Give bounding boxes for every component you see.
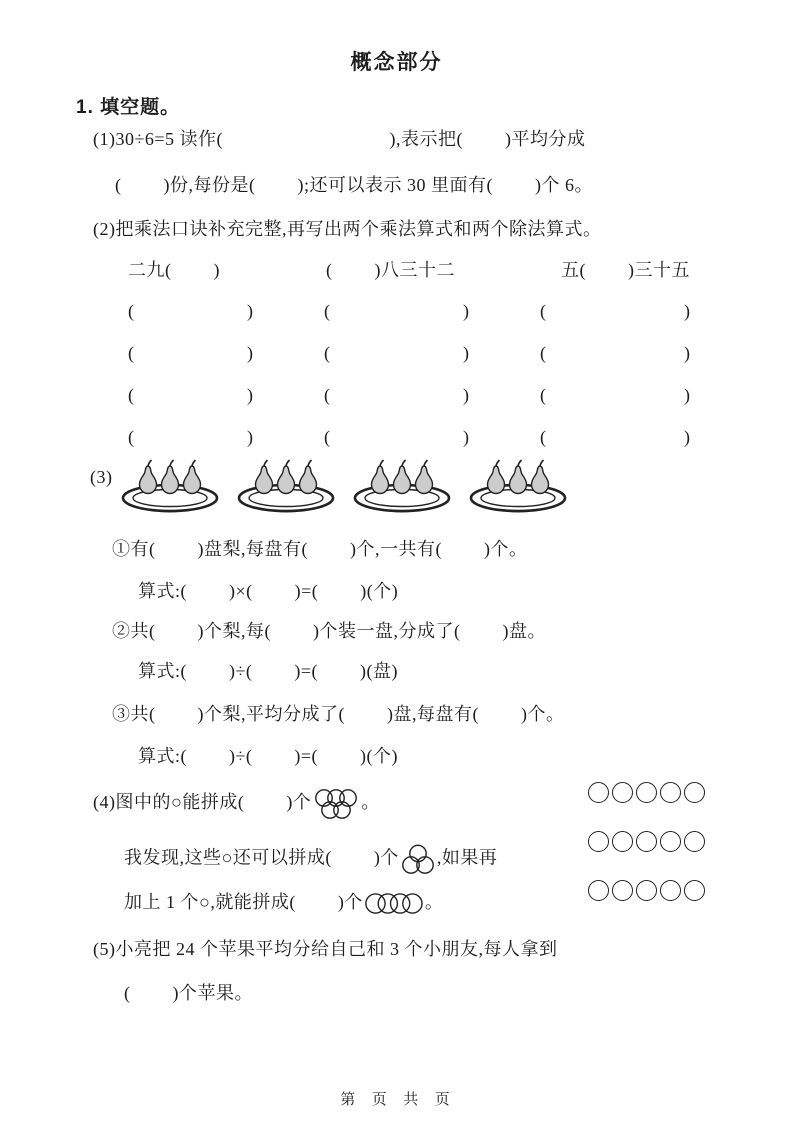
question1-heading: 1. 填空题。 xyxy=(76,92,180,119)
q1-part3-item2: ②共( )个梨,每( )个装一盘,分成了( )盘。 xyxy=(112,620,546,642)
hint-two-nine: 二九( ) xyxy=(128,259,220,281)
pear-icon xyxy=(416,460,433,494)
pear-icon xyxy=(184,460,201,494)
paren-row: ()()() xyxy=(128,343,690,361)
q1-part4-line1-text: (4)图中的○能拼成( )个 xyxy=(93,792,311,812)
circle-row xyxy=(588,880,705,901)
pear-plates-row xyxy=(118,455,570,517)
circle-icon xyxy=(660,782,681,803)
circle-icon xyxy=(684,782,705,803)
q1-part4-line1: (4)图中的○能拼成( )个。 xyxy=(93,788,380,820)
q1-part1-line2: ( )份,每份是( );还可以表示 30 里面有( )个 6。 xyxy=(115,174,593,196)
circle-icon xyxy=(660,880,681,901)
blank-parens: () xyxy=(324,427,469,445)
q1-part4-line1-end: 。 xyxy=(361,792,380,812)
blank-parens: () xyxy=(324,301,469,319)
circle-icon xyxy=(636,831,657,852)
blank-parens: () xyxy=(128,343,253,361)
pear-icon xyxy=(300,460,317,494)
pear-icon xyxy=(140,460,157,494)
q1-part5-line1: (5)小亮把 24 个苹果平均分给自己和 3 个小朋友,每人拿到 xyxy=(93,938,558,960)
pear-icon xyxy=(532,460,549,494)
three-rings-icon xyxy=(400,844,436,875)
circle-icon xyxy=(612,782,633,803)
blank-parens: () xyxy=(540,343,690,361)
paren-row: ()()() xyxy=(128,301,690,319)
worksheet-page: 概念部分 1. 填空题。 (1)30÷6=5 读作( ),表示把( )平均分成 … xyxy=(0,0,793,1122)
circle-icon xyxy=(684,831,705,852)
pear-plate xyxy=(350,455,454,517)
circle-icon xyxy=(636,880,657,901)
circle-grid xyxy=(588,782,705,929)
circle-icon xyxy=(660,831,681,852)
paren-grid: ()()()()()()()()()()()() xyxy=(128,301,690,469)
pear-icon xyxy=(488,460,505,494)
q1-part4-line3: 加上 1 个○,就能拼成( )个。 xyxy=(124,891,443,915)
q1-part4-line2-end: ,如果再 xyxy=(437,848,498,868)
q1-part4-line2: 我发现,这些○还可以拼成( )个,如果再 xyxy=(124,844,497,875)
circle-row xyxy=(588,831,705,852)
page-title: 概念部分 xyxy=(0,46,793,76)
q1-part3-item3: ③共( )个梨,平均分成了( )盘,每盘有( )个。 xyxy=(112,703,564,725)
q1-part3-expr1: 算式:( )×( )=( )(个) xyxy=(138,580,398,602)
hint-five-seven: 五( )三十五 xyxy=(561,259,690,281)
blank-parens: () xyxy=(540,385,690,403)
q1-part5-line2: ( )个苹果。 xyxy=(124,982,253,1004)
q1-part1-line1: (1)30÷6=5 读作( ),表示把( )平均分成 xyxy=(93,128,586,150)
blank-parens: () xyxy=(540,301,690,319)
pear-icon xyxy=(256,460,273,494)
circle-row xyxy=(588,782,705,803)
pear-plate xyxy=(466,455,570,517)
blank-parens: () xyxy=(324,385,469,403)
page-footer: 第 页 共 页 xyxy=(0,1088,793,1109)
pear-icon xyxy=(510,460,527,494)
hint-eight-three: ( )八三十二 xyxy=(326,259,455,281)
pear-plate xyxy=(234,455,338,517)
pear-icon xyxy=(278,460,295,494)
q1-part4-line3-text: 加上 1 个○,就能拼成( )个 xyxy=(124,892,363,912)
circle-icon xyxy=(636,782,657,803)
blank-parens: () xyxy=(128,427,253,445)
paren-row: ()()() xyxy=(128,427,690,445)
circle-icon xyxy=(612,831,633,852)
blank-parens: () xyxy=(128,301,253,319)
pear-plate xyxy=(118,455,222,517)
pear-icon xyxy=(162,460,179,494)
q1-part3-expr3: 算式:( )÷( )=( )(个) xyxy=(138,745,398,767)
circle-icon xyxy=(588,782,609,803)
five-rings-icon xyxy=(312,788,360,820)
pear-icon xyxy=(394,460,411,494)
circle-icon xyxy=(612,880,633,901)
circle-icon xyxy=(588,831,609,852)
blank-parens: () xyxy=(324,343,469,361)
circle-icon xyxy=(684,880,705,901)
pear-icon xyxy=(372,460,389,494)
blank-parens: () xyxy=(540,427,690,445)
q1-part4-line2-text: 我发现,这些○还可以拼成( )个 xyxy=(124,848,399,868)
circle-icon xyxy=(588,880,609,901)
four-chain-icon xyxy=(364,892,424,915)
q1-part3-label: (3) xyxy=(90,466,113,488)
paren-row: ()()() xyxy=(128,385,690,403)
q1-part3-item1: ①有( )盘梨,每盘有( )个,一共有( )个。 xyxy=(112,538,527,560)
multiplication-hints-row: 二九( ) ( )八三十二 五( )三十五 xyxy=(128,259,690,281)
blank-parens: () xyxy=(128,385,253,403)
q1-part3-expr2: 算式:( )÷( )=( )(盘) xyxy=(138,660,398,682)
q1-part2-line: (2)把乘法口诀补充完整,再写出两个乘法算式和两个除法算式。 xyxy=(93,218,602,240)
q1-part4-line3-end: 。 xyxy=(425,892,444,912)
